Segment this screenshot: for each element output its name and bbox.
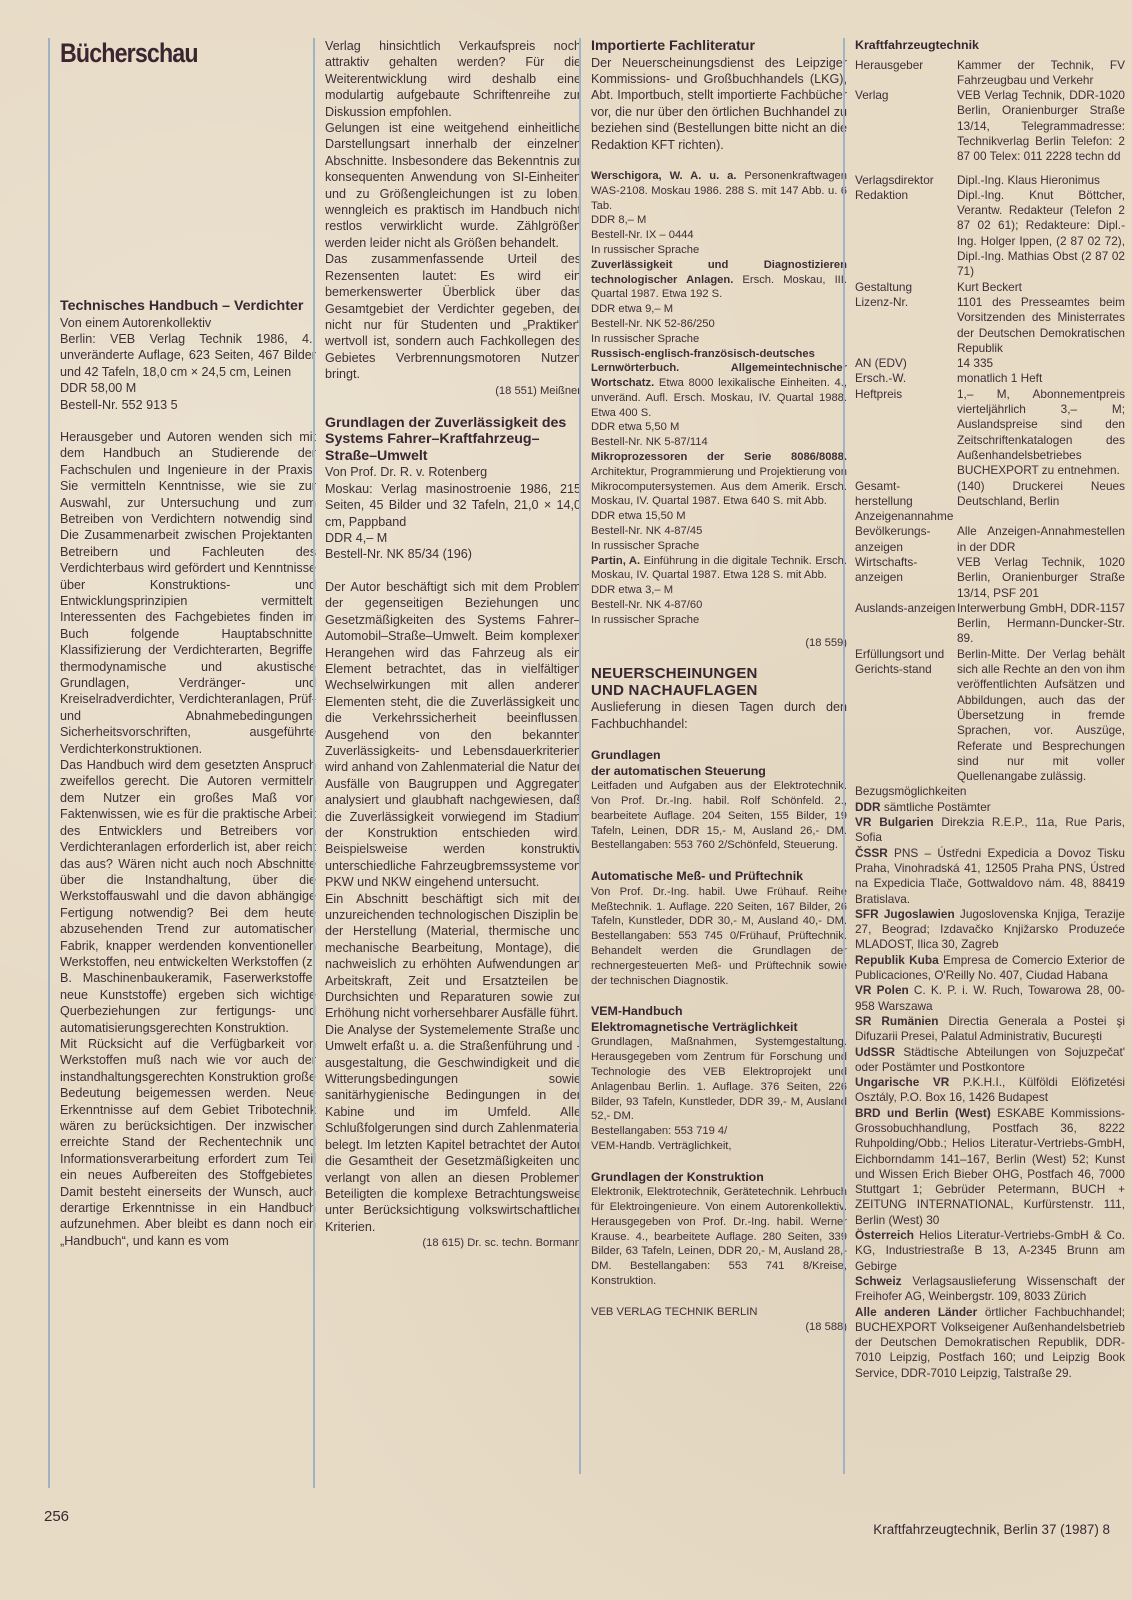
new-releases-signature: (18 588)	[591, 1320, 847, 1335]
subscription-entry: ČSSR PNS – Ústředni Expedicia a Dovoz Ti…	[855, 846, 1125, 907]
review1-paragraph: Herausgeber und Autoren wenden sich mit …	[60, 429, 316, 757]
imported-intro: Der Neuerscheinungsdienst des Leipziger …	[591, 55, 847, 153]
review2-signature: (18 615) Dr. sc. techn. Bormann	[325, 1235, 581, 1251]
imprint-row: Gesamt-herstellung(140) Druckerei Neues …	[855, 479, 1125, 510]
ads-row: Bevölkerungs-anzeigenAlle Anzeigen-Annah…	[855, 524, 1125, 555]
imported-title: Importierte Fachliteratur	[591, 38, 847, 55]
ads-heading: Anzeigenannahme	[855, 509, 1125, 524]
new-releases-list: Grundlagen der automatischen Steuerung L…	[591, 748, 847, 1334]
subscription-entry: DDR sämtliche Postämter	[855, 800, 1125, 815]
column-1: Bücherschau Technisches Handbuch – Verdi…	[48, 38, 316, 1488]
imprint-row: Heftpreis1,– M, Abonnementpreis viertelj…	[855, 387, 1125, 479]
imported-entry: Mikroprozessoren der Serie 8086/8088. Ar…	[591, 450, 847, 554]
review2-author: Von Prof. Dr. R. v. Rotenberg	[325, 464, 581, 480]
review1-details: Berlin: VEB Verlag Technik 1986, 4., unv…	[60, 331, 316, 380]
subscription-heading: Bezugsmöglichkeiten	[855, 784, 1125, 799]
review2-title: Grundlagen der Zuverlässigkeit des Syste…	[325, 415, 581, 465]
release-entry: Grundlagen der automatischen Steuerung L…	[591, 748, 847, 853]
imprint-row: GestaltungKurt Beckert	[855, 280, 1125, 295]
imprint-row: RedaktionDipl.-Ing. Knut Böttcher, Veran…	[855, 188, 1125, 280]
imprint-row: VerlagVEB Verlag Technik, DDR-1020 Berli…	[855, 88, 1125, 164]
release-entry: VEM-Handbuch Elektromagnetische Verträgl…	[591, 1004, 847, 1153]
imported-signature: (18 559)	[591, 636, 847, 651]
review2-paragraph: Ein Abschnitt beschäftigt sich mit der u…	[325, 891, 581, 1022]
review1-paragraph: Mit Rücksicht auf die Verfügbarkeit von …	[60, 1036, 316, 1249]
ads-row: Auslands-anzeigenInterwerbung GmbH, DDR-…	[855, 601, 1125, 647]
subscription-entry: Österreich Helios Literatur-Vertriebs-Gm…	[855, 1228, 1125, 1274]
review2-paragraph: Die Analyse der Systemelemente Straße un…	[325, 1022, 581, 1235]
review1-paragraph: Das Handbuch wird dem gesetzten Anspruch…	[60, 757, 316, 1036]
subscription-entry: UdSSR Städtische Abteilungen von Sojuzpe…	[855, 1045, 1125, 1076]
imported-list: Werschigora, W. A. u. a. Personenkraftwa…	[591, 169, 847, 651]
imprint-row: AN (EDV)14 335	[855, 356, 1125, 371]
review1-signature: (18 551) Meißner	[325, 383, 581, 399]
imprint-row: VerlagsdirektorDipl.-Ing. Klaus Hieronim…	[855, 173, 1125, 188]
subscription-entry: Schweiz Verlagsauslieferung Wissenschaft…	[855, 1274, 1125, 1305]
review2-order-no: Bestell-Nr. NK 85/34 (196)	[325, 546, 581, 562]
imported-entry: Russisch-englisch-französisch-deutsches …	[591, 347, 847, 451]
imported-entry: Partin, A. Einführung in die digitale Te…	[591, 554, 847, 628]
subscription-entry: BRD und Berlin (West) ESKABE Kommissions…	[855, 1106, 1125, 1228]
imported-entry: Werschigora, W. A. u. a. Personenkraftwa…	[591, 169, 847, 258]
review2-paragraph: Der Autor beschäftigt sich mit dem Probl…	[325, 579, 581, 891]
ads-row: Wirtschafts-anzeigenVEB Verlag Technik, …	[855, 555, 1125, 601]
section-masthead: Bücherschau	[60, 38, 280, 68]
release-entry: Grundlagen der Konstruktion Elektronik, …	[591, 1170, 847, 1289]
subscription-entry: Alle anderen Länder örtlicher Fachbuchha…	[855, 1305, 1125, 1381]
subscription-entry: SFR Jugoslawien Jugoslovenska Knjiga, Te…	[855, 907, 1125, 953]
new-releases-intro: Auslieferung in diesen Tagen durch den F…	[591, 699, 847, 732]
review1-author: Von einem Autorenkollektiv	[60, 315, 316, 331]
imprint-row: HerausgeberKammer der Technik, FV Fahrze…	[855, 58, 1125, 89]
publisher-line: VEB VERLAG TECHNIK BERLIN	[591, 1305, 847, 1320]
ads-row: Erfüllungsort und Gerichts-standBerlin-M…	[855, 647, 1125, 785]
imprint-row: Lizenz-Nr.1101 des Presseamtes beim Vors…	[855, 295, 1125, 356]
subscription-entry: Ungarische VR P.K.H.I., Külföldi Elöfize…	[855, 1075, 1125, 1106]
subscription-list: DDR sämtliche Postämter VR Bulgarien Dir…	[855, 800, 1125, 1381]
new-releases-title: NEUERSCHEINUNGEN UND NACHAUFLAGEN	[591, 666, 847, 699]
journal-footer: Kraftfahrzeugtechnik, Berlin 37 (1987) 8	[873, 1522, 1110, 1537]
column-4-imprint: Kraftfahrzeugtechnik HerausgeberKammer d…	[843, 38, 1125, 1474]
review1-paragraph: Das zusammenfassende Urteil des Rezensen…	[325, 251, 581, 382]
subscription-entry: VR Polen C. K. P. i. W. Ruch, Towarowa 2…	[855, 983, 1125, 1014]
column-3: Importierte Fachliteratur Der Neuerschei…	[579, 38, 847, 1474]
review1-price: DDR 58,00 M	[60, 380, 316, 396]
column-2: Verlag hinsichtlich Verkaufspreis noch a…	[313, 38, 581, 1488]
imported-entry: Zuverlässigkeit und Diagnostizieren tech…	[591, 258, 847, 347]
review2-price: DDR 4,– M	[325, 530, 581, 546]
imprint-title: Kraftfahrzeugtechnik	[855, 38, 1125, 54]
imprint-row: Ersch.-W.monatlich 1 Heft	[855, 371, 1125, 386]
page-number: 256	[44, 1508, 69, 1525]
review1-order-no: Bestell-Nr. 552 913 5	[60, 397, 316, 413]
subscription-entry: VR Bulgarien Direkzia R.E.P., 11a, Rue P…	[855, 815, 1125, 846]
subscription-entry: SR Rumänien Directia Generala a Postei ş…	[855, 1014, 1125, 1045]
subscription-entry: Republik Kuba Empresa de Comercio Exteri…	[855, 953, 1125, 984]
release-entry: Automatische Meß- und Prüftechnik Von Pr…	[591, 869, 847, 988]
review1-paragraph: Verlag hinsichtlich Verkaufspreis noch a…	[325, 38, 581, 120]
review1-paragraph: Gelungen ist eine weitgehend einheitlich…	[325, 120, 581, 251]
review1-title: Technisches Handbuch – Verdichter	[60, 298, 316, 315]
review2-details: Moskau: Verlag masinostroenie 1986, 215 …	[325, 481, 581, 530]
